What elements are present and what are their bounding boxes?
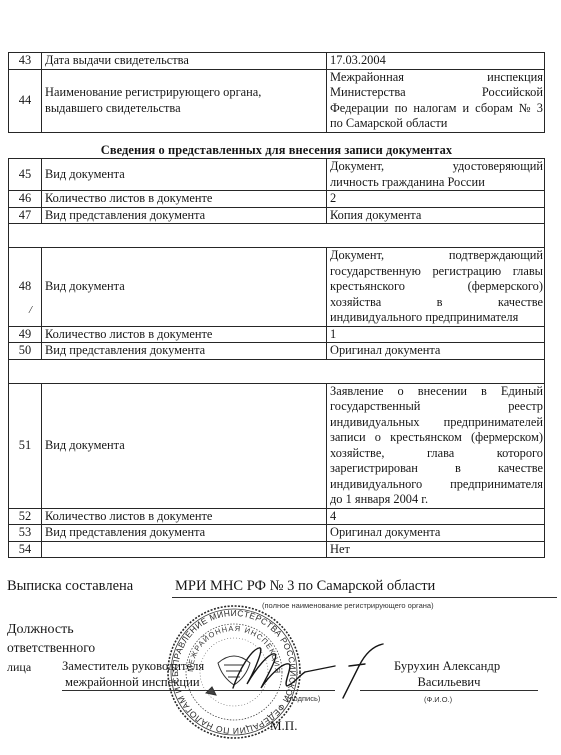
value-line: крестьянского(фермерского)	[330, 279, 543, 295]
value-line: записиокрестьянском(фермерском)	[330, 430, 543, 446]
stamp-place-label: М.П.	[270, 718, 297, 734]
spacer-cell	[9, 359, 545, 383]
row-value: 2	[327, 191, 545, 208]
value-line: до 1 января 2004 г.	[330, 492, 543, 508]
document-page: 43 Дата выдачи свидетельства 17.03.2004 …	[0, 0, 561, 755]
table-row: 52 Количество листов в документе 4	[9, 508, 545, 525]
row-number: 49	[9, 326, 42, 343]
label-line: Наименование регистрирующего органа,	[45, 85, 323, 101]
table-row: 45 Вид документа Документ,удостоверяющий…	[9, 159, 545, 191]
value-line: государственнуюрегистрациюглавы	[330, 264, 543, 280]
row-value: Межрайоннаяинспекция МинистерстваРоссийс…	[327, 69, 545, 132]
fio-caption: (Ф.И.О.)	[424, 695, 452, 704]
row-value: ЗаявлениеовнесениивЕдиный государственны…	[327, 383, 545, 508]
row-number: 51	[9, 383, 42, 508]
row-label: Количество листов в документе	[42, 191, 327, 208]
row-label	[42, 541, 327, 558]
table-row: 48 / Вид документа Документ,подтверждающ…	[9, 248, 545, 327]
value-line: Документ,подтверждающий	[330, 248, 543, 264]
value-line: индивидуальныхпредпринимателей	[330, 415, 543, 431]
value-line: личность гражданина России	[330, 175, 543, 191]
row-label: Вид представления документа	[42, 525, 327, 542]
row-value: Копия документа	[327, 207, 545, 224]
row-label: Наименование регистрирующего органа, выд…	[42, 69, 327, 132]
row-label: Количество листов в документе	[42, 326, 327, 343]
fio-line: Бурухин Александр	[394, 659, 500, 674]
row-label: Вид представления документа	[42, 343, 327, 360]
value-line: хозяйствавкачестве	[330, 295, 543, 311]
spacer-row	[9, 224, 545, 248]
value-line: Межрайоннаяинспекция	[330, 70, 543, 86]
row-label: Вид документа	[42, 383, 327, 508]
row-value: Нет	[327, 541, 545, 558]
fio-line: Васильевич	[360, 675, 538, 691]
signature-icon	[225, 640, 385, 700]
table-row: 50 Вид представления документа Оригинал …	[9, 343, 545, 360]
registration-table: 43 Дата выдачи свидетельства 17.03.2004 …	[8, 52, 545, 133]
table-row: 44 Наименование регистрирующего органа, …	[9, 69, 545, 132]
value-line: Федерациипоналогамисборам№3	[330, 101, 543, 117]
row-label: Количество листов в документе	[42, 508, 327, 525]
table-row: 47 Вид представления документа Копия док…	[9, 207, 545, 224]
row-value: 4	[327, 508, 545, 525]
row-number: 54	[9, 541, 42, 558]
row-number: 45	[9, 159, 42, 191]
value-line: хозяйстве,главакоторого	[330, 446, 543, 462]
documents-table: 45 Вид документа Документ,удостоверяющий…	[8, 158, 545, 558]
responsible-label-line: лица	[7, 660, 31, 675]
row-value: Оригинал документа	[327, 343, 545, 360]
value-line: индивидуальногопредпринимателя	[330, 477, 543, 493]
value-line: по Самарской области	[330, 116, 543, 132]
label-line: выдавшего свидетельства	[45, 101, 323, 117]
value-line: государственныйреестр	[330, 399, 543, 415]
row-value: Оригинал документа	[327, 525, 545, 542]
value-line: ЗаявлениеовнесениивЕдиный	[330, 384, 543, 400]
row-label: Вид представления документа	[42, 207, 327, 224]
row-value: 17.03.2004	[327, 53, 545, 70]
row-number: 43	[9, 53, 42, 70]
row-number: 44	[9, 69, 42, 132]
row-number: 48 /	[9, 248, 42, 327]
row-label: Вид документа	[42, 248, 327, 327]
row-number: 46	[9, 191, 42, 208]
responsible-label-line: Должность	[7, 622, 74, 638]
spacer-row	[9, 359, 545, 383]
handwritten-mark: /	[29, 303, 32, 319]
table-row: 46 Количество листов в документе 2	[9, 191, 545, 208]
row-value: Документ,подтверждающий государственнуюр…	[327, 248, 545, 327]
table-row: 49 Количество листов в документе 1	[9, 326, 545, 343]
row-value: 1	[327, 326, 545, 343]
spacer-cell	[9, 224, 545, 248]
value-line: МинистерстваРоссийской	[330, 85, 543, 101]
row-label: Вид документа	[42, 159, 327, 191]
row-number: 53	[9, 525, 42, 542]
row-number: 47	[9, 207, 42, 224]
row-value: Документ,удостоверяющий личность граждан…	[327, 159, 545, 191]
issuer-value: МРИ МНС РФ № 3 по Самарской области	[172, 578, 557, 598]
issuer-label: Выписка составлена	[7, 578, 133, 595]
row-number-text: 48	[19, 279, 31, 293]
table-row: 54 Нет	[9, 541, 545, 558]
table-row: 51 Вид документа ЗаявлениеовнесениивЕдин…	[9, 383, 545, 508]
value-line: Документ,удостоверяющий	[330, 159, 543, 175]
table-row: 53 Вид представления документа Оригинал …	[9, 525, 545, 542]
row-label: Дата выдачи свидетельства	[42, 53, 327, 70]
table-row: 43 Дата выдачи свидетельства 17.03.2004	[9, 53, 545, 70]
row-number: 50	[9, 343, 42, 360]
row-number: 52	[9, 508, 42, 525]
value-line: зарегистрированвкачестве	[330, 461, 543, 477]
value-line: индивидуального предпринимателя	[330, 310, 543, 326]
section-title: Сведения о представленных для внесения з…	[8, 143, 545, 158]
responsible-label-line: ответственного	[7, 640, 95, 656]
